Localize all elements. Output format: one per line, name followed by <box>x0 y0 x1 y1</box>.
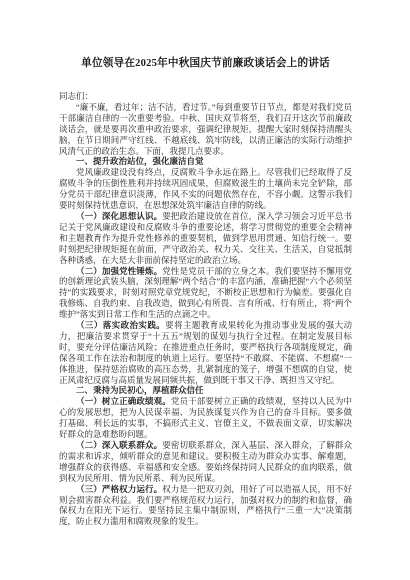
paragraph-connect-masses: （二）深入联系群众。要密切联系群众，深入基层、深入群众，了解群众的需求和诉求，倾… <box>59 440 352 484</box>
paragraph-power-regulation: （三）严格权力运行。权力是一把双刃剑，用好了可以造福人民，用不好则会损害群众利益… <box>59 484 352 528</box>
paragraph-performance-view: （一）树立正确政绩观。党员干部要树立正确的政绩观，坚持以人民为中心的发展思想，把… <box>59 396 352 440</box>
paragraph-lead: （一）树立正确政绩观。 <box>76 396 171 406</box>
paragraph-text: 党风廉政建设没有终点，反腐败斗争永远在路上。尽管我们已经取得了反腐败斗争的压倒性… <box>59 167 352 210</box>
paragraph-lead: （三）落实政治实践。 <box>76 320 165 330</box>
paragraph-text: “廉不廉，看过年；洁不洁，看过节。”每到重要节日节点，都是对我们党员干部廉洁自律… <box>59 102 352 156</box>
section-heading-text: 一、提升政治站位，强化廉洁自觉 <box>76 156 204 166</box>
paragraph-lead: （三）严格权力运行。 <box>76 484 162 494</box>
paragraph-political-practice: （三）落实政治实践。要将主题教育成果转化为推动事业发展的强大动力，把廉洁要求贯穿… <box>59 320 352 385</box>
document-title: 单位领导在2025年中秋国庆节前廉政谈话会上的讲话 <box>59 57 352 71</box>
section-heading-text: 二、秉持为民初心，厚植群众信任 <box>76 385 204 395</box>
section-heading-1: 一、提升政治站位，强化廉洁自觉 <box>59 156 352 167</box>
salutation: 同志们： <box>59 91 352 102</box>
paragraph-lead: （二）加强党性锤炼。 <box>76 266 162 276</box>
paragraph-party-spirit: （二）加强党性锤炼。党性是党员干部的立身之本。我们要坚持不懈用党的创新理论武装头… <box>59 266 352 321</box>
section-heading-2: 二、秉持为民初心，厚植群众信任 <box>59 385 352 396</box>
paragraph-deepen-understanding: （一）深化思想认识。要把政治建设放在首位，深入学习领会习近平总书记关于党风廉政建… <box>59 211 352 266</box>
paragraph-lead: （一）深化思想认识。 <box>76 211 162 221</box>
paragraph-opening: “廉不廉，看过年；洁不洁，看过节。”每到重要节日节点，都是对我们党员干部廉洁自律… <box>59 102 352 157</box>
paragraph-lead: （二）深入联系群众。 <box>76 440 162 450</box>
paragraph-section1-intro: 党风廉政建设没有终点，反腐败斗争永远在路上。尽管我们已经取得了反腐败斗争的压倒性… <box>59 167 352 211</box>
document-page: 单位领导在2025年中秋国庆节前廉政谈话会上的讲话 同志们： “廉不廉，看过年；… <box>0 0 410 580</box>
